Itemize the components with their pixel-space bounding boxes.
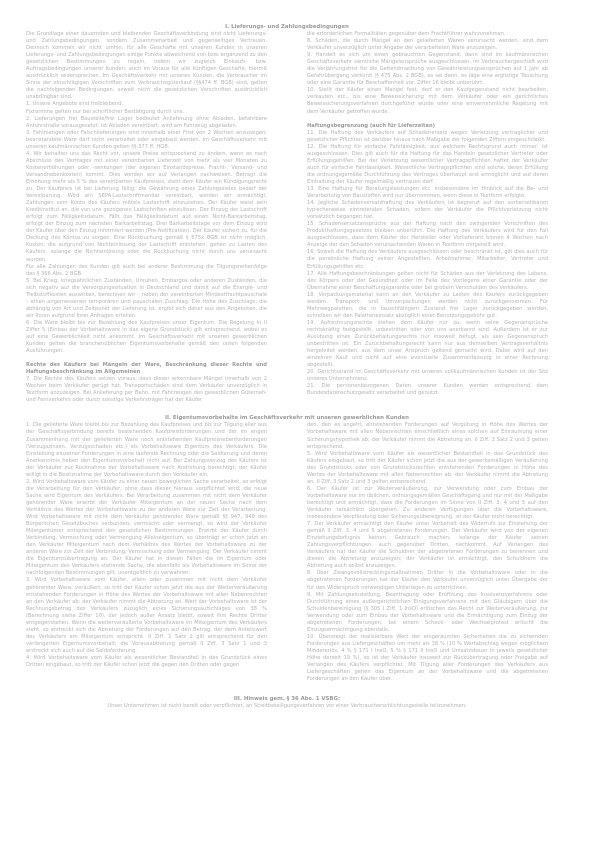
paragraph: 10. Übersteigt der realisierbare Wert de… — [307, 634, 548, 683]
subheading-buyer-rights: Rechte des Käufers bei Mängeln der Ware,… — [26, 362, 267, 376]
section-2-left-column: 1. Die gelieferte Ware bleibt bis zur Be… — [26, 422, 267, 683]
paragraph: 12. Die Haftung für einfache Fahrlässigk… — [307, 144, 548, 186]
paragraph: Die Grundlage einer dauernden und bleibe… — [26, 31, 267, 101]
vsbg-notice: Unser Unternehmen ist nicht bereit oder … — [26, 703, 548, 710]
paragraph: den, den es angeht, entstehenden Forderu… — [307, 422, 548, 450]
paragraph: 20. Gerichtsstand im Geschäftsverkehr mi… — [307, 369, 548, 383]
paragraph: Fixtermine gelten nur bei schriftlicher … — [26, 109, 267, 116]
section-3-title: III. Hinweis gem. § 36 Abs. 1 VSBG: — [26, 695, 548, 703]
section-2-columns: 1. Die gelieferte Ware bleibt bis zur Be… — [26, 422, 548, 683]
paragraph: 4. Wird Vorbehaltsware vom Käufer als we… — [26, 655, 267, 669]
paragraph: Für alle Zahlungen des Kunden gilt auch … — [26, 264, 267, 278]
paragraph: 3. Wird Vorbehaltsware vom Käufer, allei… — [26, 577, 267, 655]
paragraph: 7. Der Verkäufer ermächtigt den Käufer u… — [307, 521, 548, 570]
section-2-right-column: den, den es angeht, entstehenden Forderu… — [307, 422, 548, 683]
paragraph: 8. Schäden, die durch Mängel an den geli… — [307, 38, 548, 52]
paragraph: 10. Stellt der Käufer einen Mangel fest,… — [307, 87, 548, 115]
paragraph: 1. Die gelieferte Ware bleibt bis zur Be… — [26, 422, 267, 478]
terms-document: I. Lieferungs- und Zahlungsbedingungen D… — [26, 23, 548, 710]
section-1-title: I. Lieferungs- und Zahlungsbedingungen — [26, 23, 548, 31]
paragraph: 9. Mit Zahlungseinstellung, Beantragung … — [307, 592, 548, 634]
paragraph: 13. Eine Haftung für Beratungsleistungen… — [307, 186, 548, 200]
paragraph: 18. Verpackungsmaterial kann an den Verk… — [307, 292, 548, 320]
paragraph: 11. Die Haftung des Verkäufers auf Schad… — [307, 130, 548, 144]
paragraph: 5. Bei Krieg, kriegsähnlichen Zuständen,… — [26, 278, 267, 320]
paragraph: 21. Die personenbezogenen Daten unserer … — [307, 383, 548, 397]
section-1: I. Lieferungs- und Zahlungsbedingungen D… — [26, 23, 548, 404]
paragraph: 5. Wird Vorbehaltsware vom Käufer als we… — [307, 451, 548, 486]
section-2-title: II. Eigentumsvorbehalte im Geschäftsverk… — [26, 414, 548, 422]
paragraph: 9. Handelt es sich um einen gebrauchten … — [307, 52, 548, 87]
paragraph: 17. Alle Haftungsbeschränkungen gelten n… — [307, 271, 548, 292]
section-1-left-column: Die Grundlage einer dauernden und bleibe… — [26, 31, 267, 404]
subheading-liability-limit: Haftungsbegrenzung (auch für Lieferzeite… — [307, 123, 548, 130]
paragraph: 2. Wird Vorbehaltsware vom Käufer zu ein… — [26, 479, 267, 578]
paragraph: 7. Die Rechte des Käufers setzen voraus,… — [26, 376, 267, 404]
paragraph: 14. Jegliche Schadensersatzhaftung des V… — [307, 200, 548, 221]
paragraph: 3. Fehlmengen oder Falschlieferungen sin… — [26, 130, 267, 151]
section-1-columns: Die Grundlage einer dauernden und bleibe… — [26, 31, 548, 404]
paragraph: 19. Aufrechnungsrechte stehen dem Käufer… — [307, 320, 548, 369]
paragraph: 1. Unsere Angebote sind freibleibend. — [26, 101, 267, 108]
paragraph: 15. Schadensersatzansprüche aus der Haft… — [307, 221, 548, 249]
paragraph: 6. Die Ware bleibt bis zur Bezahlung des… — [26, 320, 267, 355]
paragraph: 16. Soweit die Haftung des Verkäufers au… — [307, 249, 548, 270]
paragraph: 2. Lieferungen frei Baustelle/frei Lager… — [26, 116, 267, 130]
paragraph: 6. Der Käufer ist zur Weiterveräußerung,… — [307, 486, 548, 521]
section-1-right-column: die erforderlichen Formalitäten gegenübe… — [307, 31, 548, 404]
paragraph: 4. Wir behalten uns das Recht vor, unser… — [26, 151, 267, 264]
section-2: II. Eigentumsvorbehalte im Geschäftsverk… — [26, 414, 548, 683]
paragraph: 8. Über Zwangsvollstreckungsmaßnahmen Dr… — [307, 570, 548, 591]
section-3: III. Hinweis gem. § 36 Abs. 1 VSBG: Unse… — [26, 695, 548, 710]
paragraph: die erforderlichen Formalitäten gegenübe… — [307, 31, 548, 38]
